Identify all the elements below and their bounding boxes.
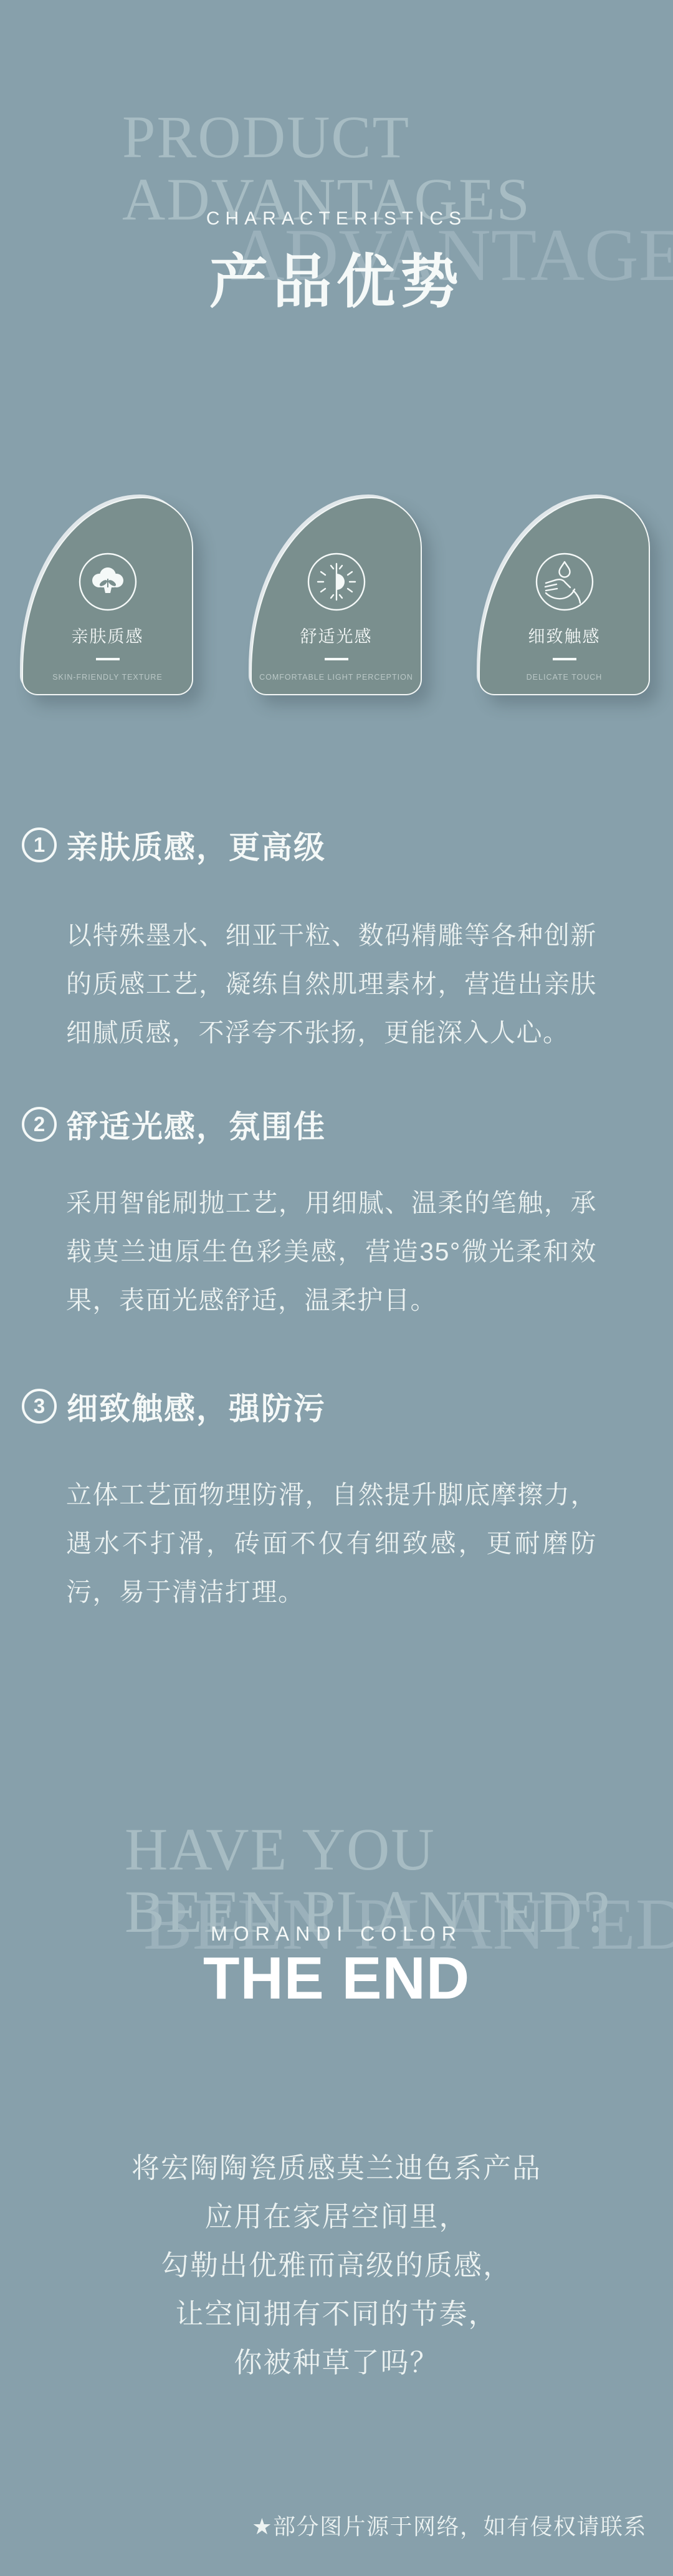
touch-icon: [535, 552, 594, 612]
feature-card-skin-texture: 亲肤质感 SKIN-FRIENDLY TEXTURE: [22, 497, 193, 695]
section-3-heading: 细致触感，强防污: [67, 1384, 326, 1429]
poster: ADVANTAGES PRODUCT ADVANTAGES CHARACTERI…: [0, 0, 673, 2576]
closing-paragraph: 将宏陶陶瓷质感莫兰迪色系产品 应用在家居空间里， 勾勒出优雅而高级的质感， 让空…: [0, 2144, 673, 2387]
feature-card-touch: 细致触感 DELICATE TOUCH: [479, 497, 650, 695]
section-1-heading: 亲肤质感，更高级: [67, 822, 326, 867]
card-caption: SKIN-FRIENDLY TEXTURE: [23, 673, 192, 682]
section-2-number-badge: 2: [22, 1107, 57, 1142]
card-divider-dash: [553, 658, 576, 660]
closing-line: 让空间拥有不同的节奏，: [0, 2290, 673, 2338]
closing-line: 你被种草了吗？: [0, 2338, 673, 2387]
light-icon-shapes: [308, 554, 365, 610]
section-3-number-badge: 3: [22, 1389, 57, 1424]
card-divider-dash: [96, 658, 120, 660]
page-title: 产品优势: [0, 234, 673, 319]
cotton-icon-shapes: [80, 554, 136, 610]
card-caption: DELICATE TOUCH: [480, 673, 649, 682]
card-title: 细致触感: [480, 627, 649, 647]
feature-card-light: 舒适光感 COMFORTABLE LIGHT PERCEPTION: [251, 497, 422, 695]
closing-line: 应用在家居空间里，: [0, 2192, 673, 2241]
header-bg-title-line1: PRODUCT: [122, 106, 531, 168]
section-1-number-badge: 1: [22, 827, 57, 862]
section-1-header: 1 亲肤质感，更高级: [22, 827, 326, 863]
cotton-icon: [78, 552, 138, 612]
the-end-title: THE END: [0, 1944, 673, 2013]
closing-line: 勾勒出优雅而高级的质感，: [0, 2241, 673, 2290]
section-2-heading: 舒适光感，氛围佳: [67, 1102, 326, 1147]
fingers-shape: [545, 580, 557, 591]
thumb-shape: [556, 579, 570, 587]
header-subtitle-en: CHARACTERISTICS: [0, 208, 673, 229]
footer-bg-title-line1: HAVE YOU: [125, 1818, 611, 1881]
light-icon: [307, 552, 366, 612]
closing-line: 将宏陶陶瓷质感莫兰迪色系产品: [0, 2144, 673, 2192]
touch-icon-shapes: [537, 554, 593, 610]
section-1-body: 以特殊墨水、细亚干粒、数码精雕等各种创新的质感工艺，凝练自然肌理素材，营造出亲肤…: [66, 911, 597, 1057]
section-3-header: 3 细致触感，强防污: [22, 1388, 326, 1424]
section-2-header: 2 舒适光感，氛围佳: [22, 1106, 326, 1142]
droplet-shape: [559, 562, 570, 577]
image-source-disclaimer: ★部分图片源于网络，如有侵权请联系: [252, 2509, 647, 2541]
wrist-shape: [573, 591, 580, 603]
card-divider-dash: [325, 658, 348, 660]
card-title: 舒适光感: [252, 627, 421, 647]
card-caption: COMFORTABLE LIGHT PERCEPTION: [252, 673, 421, 682]
footer-subtitle-en: MORANDI COLOR: [0, 1922, 673, 1946]
section-3-body: 立体工艺面物理防滑，自然提升脚底摩擦力，遇水不打滑，砖面不仅有细致感，更耐磨防污…: [66, 1470, 597, 1616]
palm-shape: [546, 589, 575, 599]
section-2-body: 采用智能刷抛工艺，用细腻、温柔的笔触，承载莫兰迪原生色彩美感，营造35°微光柔和…: [66, 1179, 597, 1324]
card-title: 亲肤质感: [23, 627, 192, 647]
